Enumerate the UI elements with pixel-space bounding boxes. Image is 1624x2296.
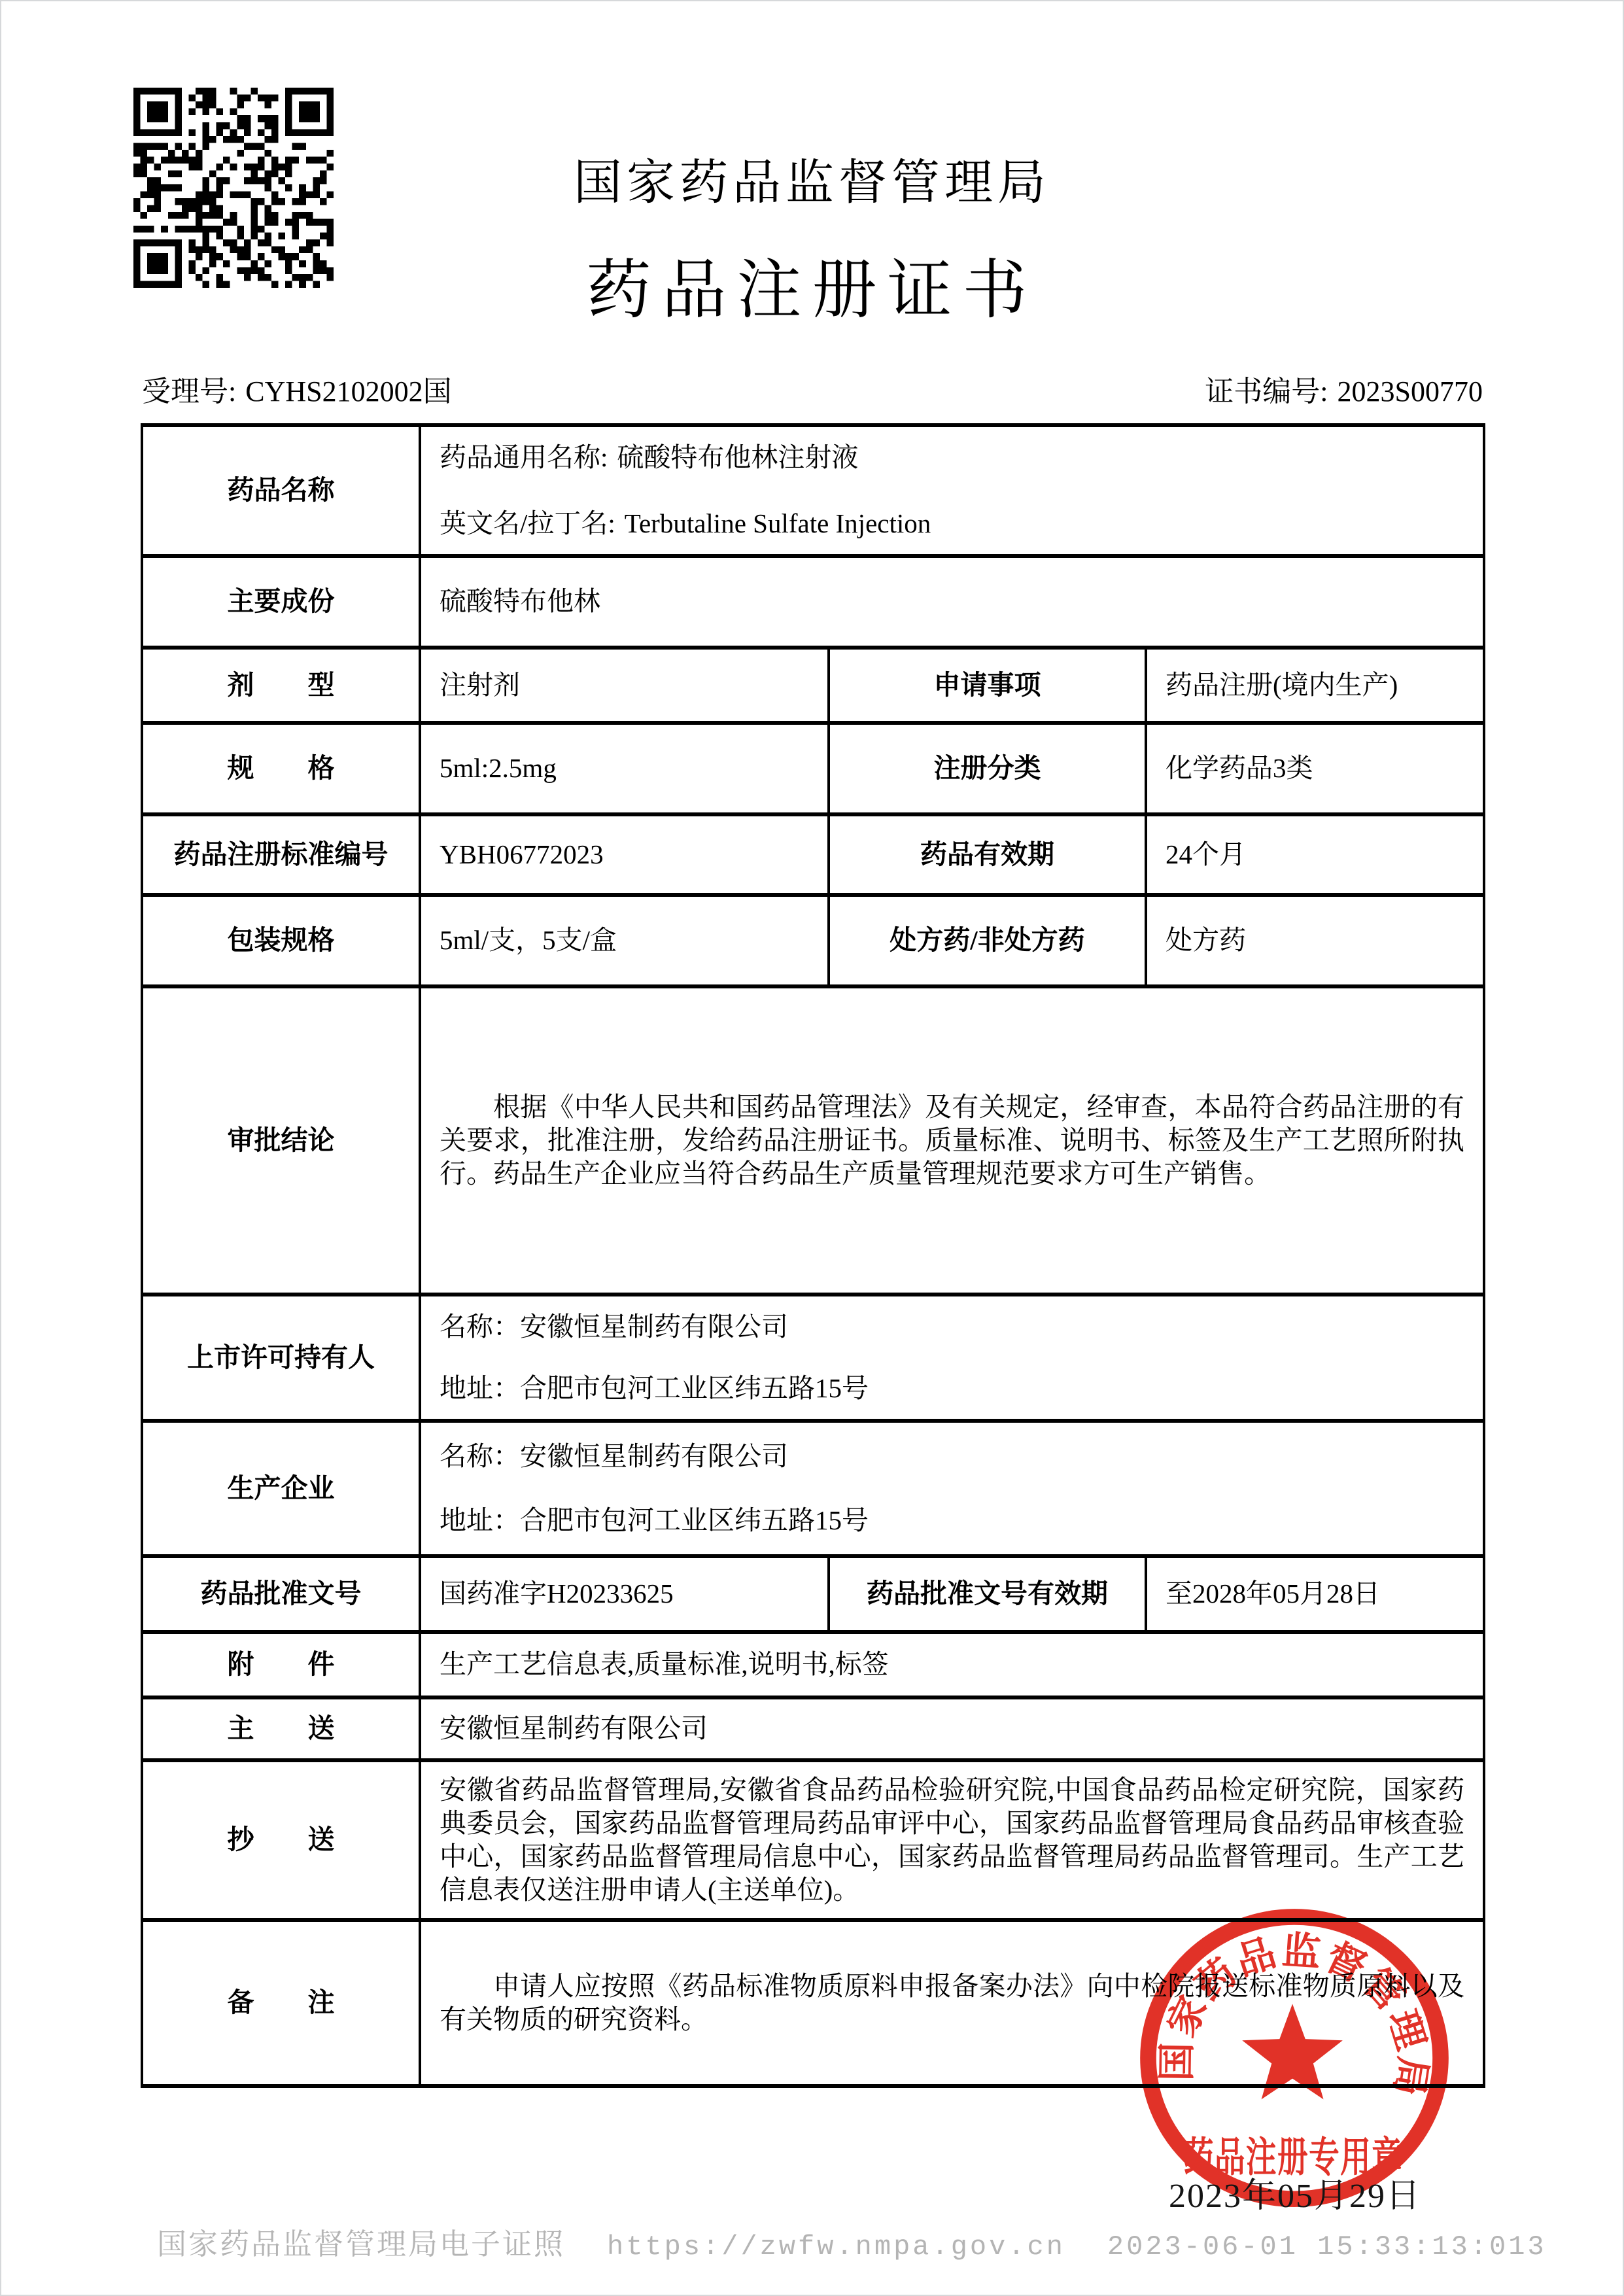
stamp-star [1242,2004,1343,2099]
document-title: 药品注册证书 [1,238,1623,331]
cc-label: 抄 送 [142,1760,420,1920]
drug-name-label: 药品名称 [142,425,420,556]
main-recipient-label: 主 送 [142,1697,420,1760]
approval-no-label: 药品批准文号 [142,1556,420,1632]
attachments-label: 附 件 [142,1632,420,1697]
meta-row: 受理号:CYHS2102002国 证书编号:2023S00770 [142,368,1483,409]
attachments-value: 生产工艺信息表,质量标准,说明书,标签 [420,1632,1484,1697]
stamp-date: 2023年05月29日 [1138,2168,1452,2217]
approval-conclusion-label: 审批结论 [142,986,420,1295]
row-approval-no: 药品批准文号 国药准字H20233625 药品批准文号有效期 至2028年05月… [142,1556,1484,1632]
acceptance-number: 受理号:CYHS2102002国 [142,368,452,409]
standard-no-value: YBH06772023 [420,814,829,895]
footer-watermark: 国家药品监督管理局电子证照https://zwfw.nmpa.gov.cn202… [157,2220,1530,2263]
row-spec: 规 格 5ml:2.5mg 注册分类 化学药品3类 [142,723,1484,814]
rx-label: 处方药/非处方药 [829,895,1146,986]
ingredients-label: 主要成份 [142,556,420,648]
certificate-number: 证书编号:2023S00770 [1205,368,1483,409]
footer-issuer: 国家药品监督管理局电子证照 [157,2228,565,2261]
certificate-page: 国家药品监督管理局 药品注册证书 受理号:CYHS2102002国 证书编号:2… [0,0,1624,2296]
drug-name-value: 药品通用名称:硫酸特布他林注射液 英文名/拉丁名:Terbutaline Sul… [420,425,1484,556]
manufacturer-value: 名称：安徽恒星制药有限公司 地址：合肥市包河工业区纬五路15号 [420,1421,1484,1556]
row-dosage-form: 剂 型 注射剂 申请事项 药品注册(境内生产) [142,648,1484,723]
application-value: 药品注册(境内生产) [1146,648,1484,723]
approval-conclusion-value: 根据《中华人民共和国药品管理法》及有关规定，经审查，本品符合药品注册的有关要求，… [420,986,1484,1295]
row-package: 包装规格 5ml/支，5支/盒 处方药/非处方药 处方药 [142,895,1484,986]
spec-value: 5ml:2.5mg [420,723,829,814]
row-attachments: 附 件 生产工艺信息表,质量标准,说明书,标签 [142,1632,1484,1697]
approval-no-validity-value: 至2028年05月28日 [1146,1556,1484,1632]
row-license-holder: 上市许可持有人 名称：安徽恒星制药有限公司 地址：合肥市包河工业区纬五路15号 [142,1295,1484,1421]
issuing-authority-title: 国家药品监督管理局 [1,144,1623,213]
package-label: 包装规格 [142,895,420,986]
row-approval-conclusion: 审批结论 根据《中华人民共和国药品管理法》及有关规定，经审查，本品符合药品注册的… [142,986,1484,1295]
row-main-recipient: 主 送 安徽恒星制药有限公司 [142,1697,1484,1760]
validity-label: 药品有效期 [829,814,1146,895]
reg-class-value: 化学药品3类 [1146,723,1484,814]
dosage-form-value: 注射剂 [420,648,829,723]
manufacturer-label: 生产企业 [142,1421,420,1556]
standard-no-label: 药品注册标准编号 [142,814,420,895]
row-manufacturer: 生产企业 名称：安徽恒星制药有限公司 地址：合肥市包河工业区纬五路15号 [142,1421,1484,1556]
remarks-label: 备 注 [142,1920,420,2086]
license-holder-value: 名称：安徽恒星制药有限公司 地址：合肥市包河工业区纬五路15号 [420,1295,1484,1421]
application-label: 申请事项 [829,648,1146,723]
row-standard-no: 药品注册标准编号 YBH06772023 药品有效期 24个月 [142,814,1484,895]
row-drug-name: 药品名称 药品通用名称:硫酸特布他林注射液 英文名/拉丁名:Terbutalin… [142,425,1484,556]
validity-value: 24个月 [1146,814,1484,895]
rx-value: 处方药 [1146,895,1484,986]
footer-timestamp: 2023-06-01 15:33:13:013 [1107,2231,1547,2263]
main-recipient-value: 安徽恒星制药有限公司 [420,1697,1484,1760]
spec-label: 规 格 [142,723,420,814]
ingredients-value: 硫酸特布他林 [420,556,1484,648]
reg-class-label: 注册分类 [829,723,1146,814]
approval-no-validity-label: 药品批准文号有效期 [829,1556,1146,1632]
certificate-table: 药品名称 药品通用名称:硫酸特布他林注射液 英文名/拉丁名:Terbutalin… [141,423,1485,2088]
row-ingredients: 主要成份 硫酸特布他林 [142,556,1484,648]
footer-url: https://zwfw.nmpa.gov.cn [607,2231,1065,2263]
package-value: 5ml/支，5支/盒 [420,895,829,986]
license-holder-label: 上市许可持有人 [142,1295,420,1421]
dosage-form-label: 剂 型 [142,648,420,723]
approval-no-value: 国药准字H20233625 [420,1556,829,1632]
